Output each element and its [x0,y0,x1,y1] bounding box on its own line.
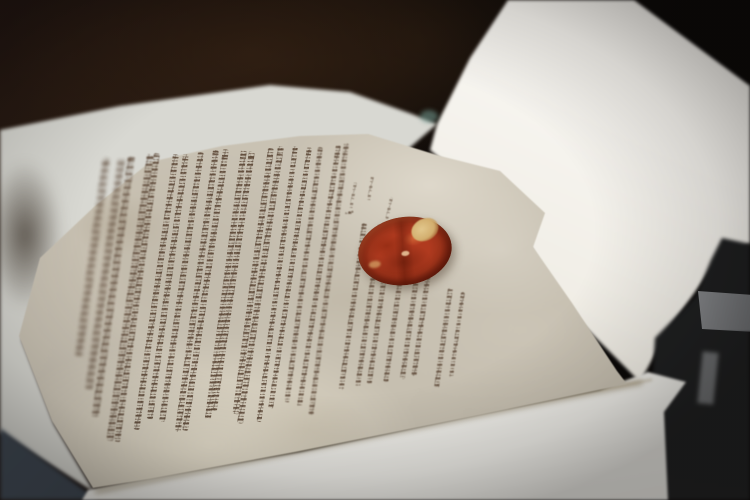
seal-glint [401,250,409,256]
signature-stroke [385,197,392,219]
seal-light-spot [369,260,381,268]
script-column [449,292,465,378]
folder-notch-glint [420,110,438,123]
manuscript-photo [0,0,750,500]
signature-stroke [367,176,374,202]
